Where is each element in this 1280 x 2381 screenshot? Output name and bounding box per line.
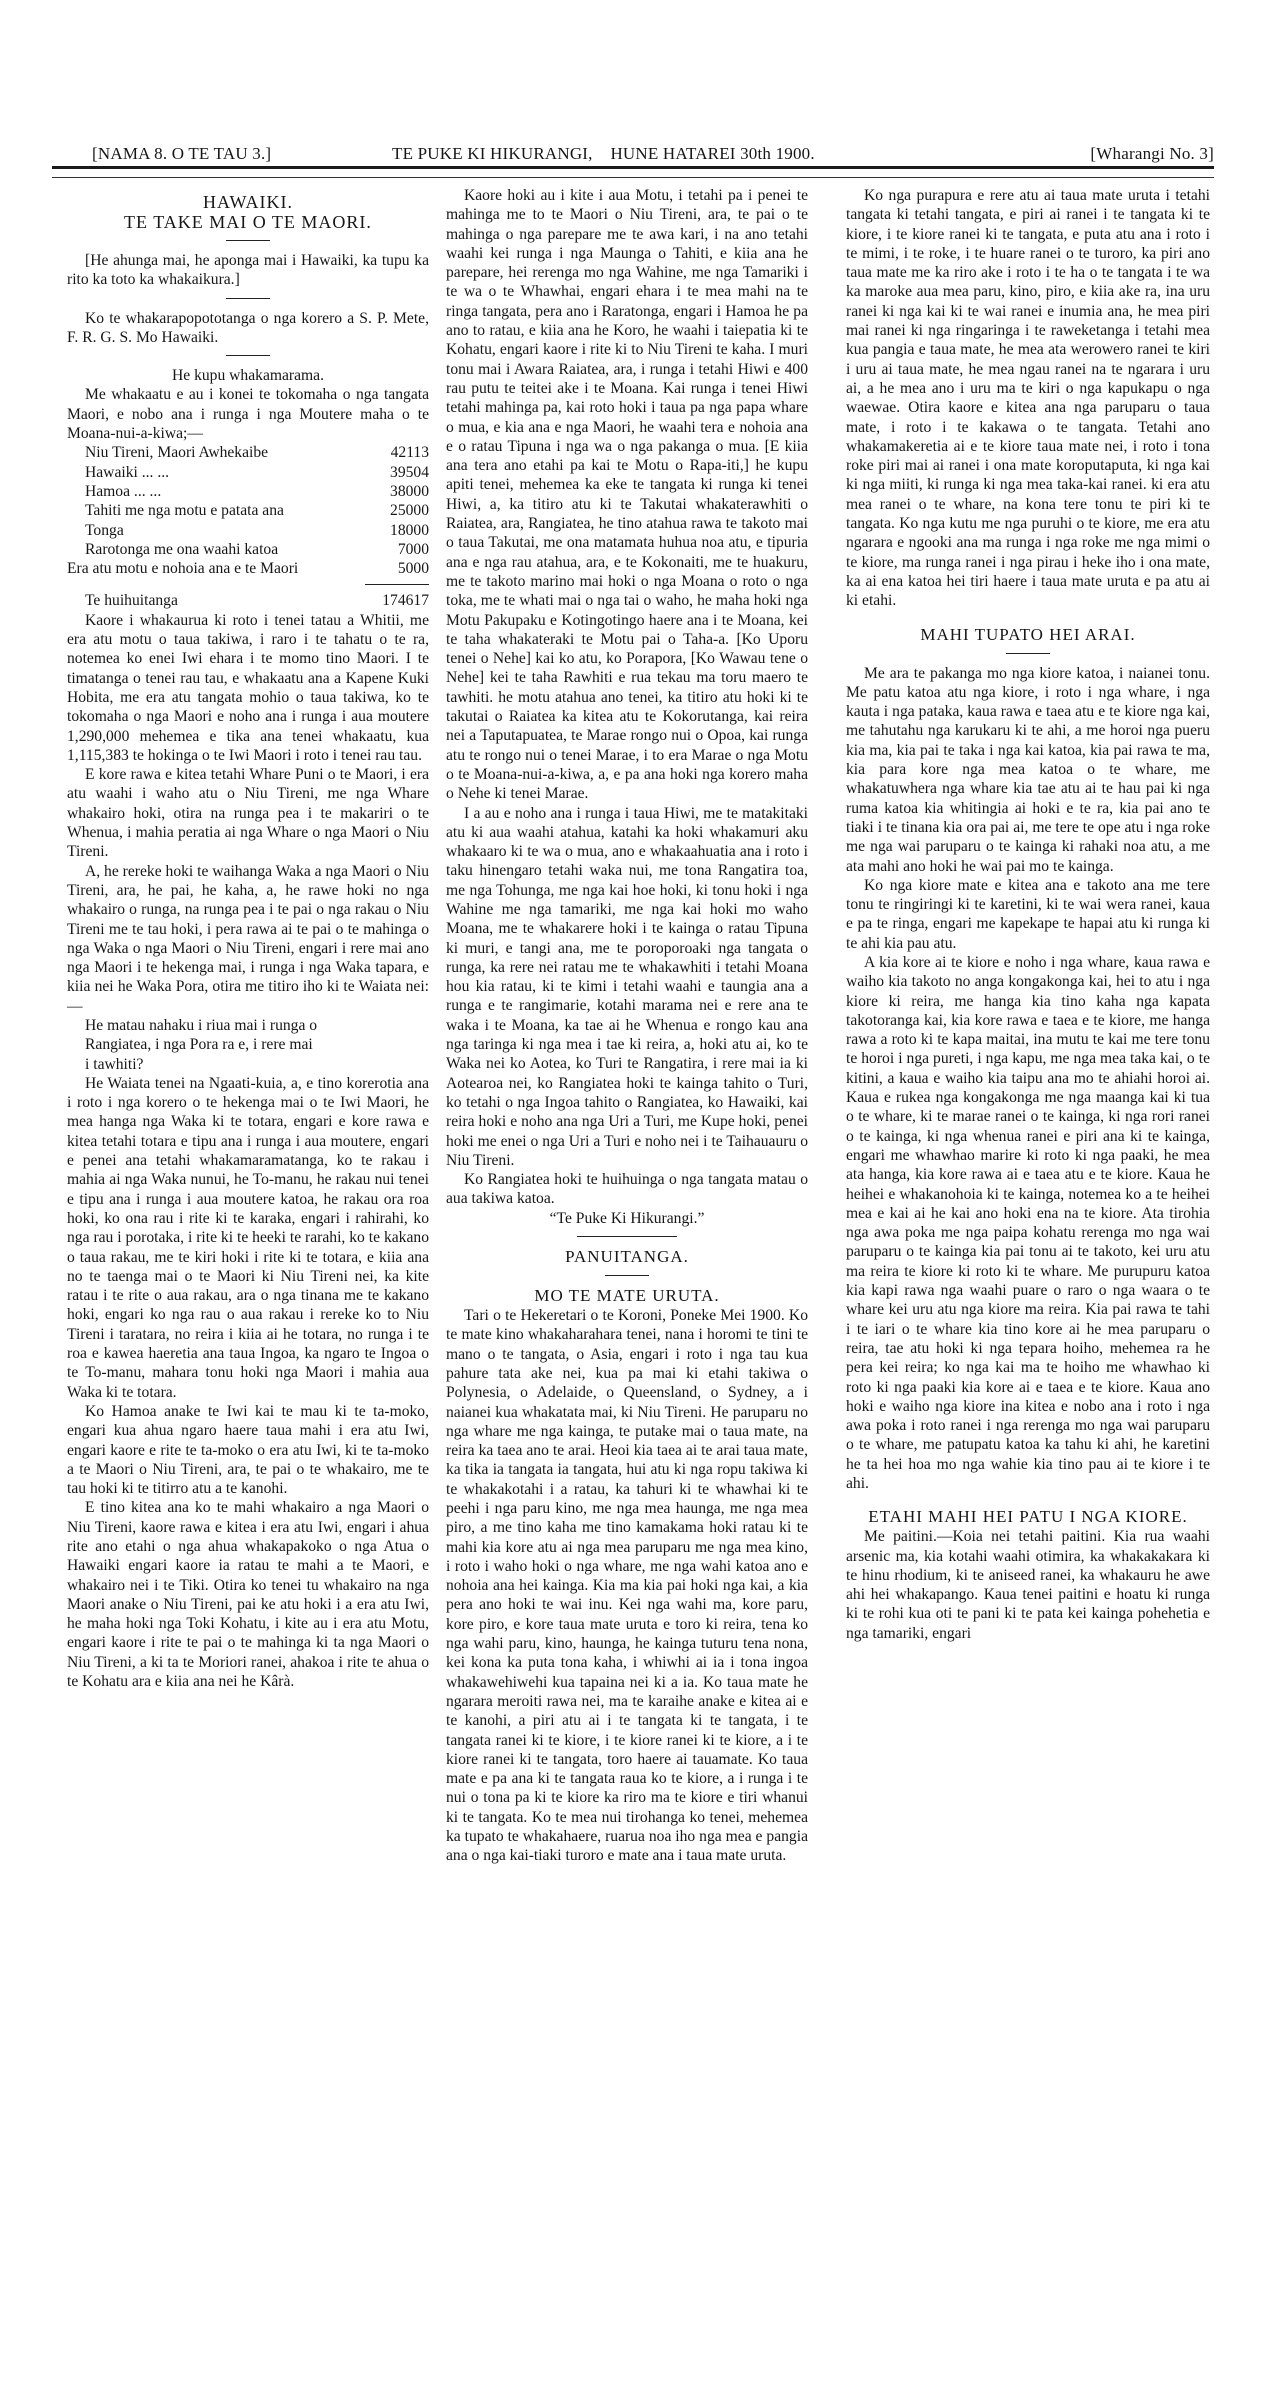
section-heading: PANUITANGA.: [446, 1247, 808, 1267]
issue-number: [NAMA 8. O TE TAU 3.]: [92, 144, 271, 164]
paragraph: Ko nga kiore mate e kitea ana e takoto a…: [846, 876, 1210, 953]
paragraph: Me ara te pakanga mo nga kiore katoa, i …: [846, 664, 1210, 876]
page-number: [Wharangi No. 3]: [1090, 144, 1214, 164]
article-subtitle: TE TAKE MAI O TE MAORI.: [67, 212, 429, 232]
table-row: Tahiti me nga motu e patata ana25000: [67, 501, 429, 520]
table-row: Rarotonga me ona waahi katoa7000: [67, 540, 429, 559]
article-title: HAWAIKI.: [67, 192, 429, 212]
table-row: Era atu motu e nohoia ana e te Maori5000: [67, 559, 429, 578]
intro-heading: He kupu whakamarama.: [67, 366, 429, 385]
masthead-rule-thin: [52, 177, 1214, 178]
population-total: Te huihuitanga174617: [67, 591, 429, 610]
paragraph: Kaore i whakaurua ki roto i tenei tatau …: [67, 611, 429, 765]
divider: [226, 240, 270, 241]
table-row: Niu Tireni, Maori Awhekaibe42113: [67, 443, 429, 462]
paragraph: A, he rereke hoki te waihanga Waka a nga…: [67, 862, 429, 1016]
song-verse: He matau nahaku i riua mai i runga o Ran…: [67, 1016, 429, 1074]
paragraph: A kia kore ai te kiore e noho i nga whar…: [846, 953, 1210, 1493]
sum-rule: [365, 584, 429, 585]
paragraph: He Waiata tenei na Ngaati-kuia, a, e tin…: [67, 1074, 429, 1402]
verse-line: i tawhiti?: [85, 1055, 429, 1074]
paragraph: Tari o te Hekeretari o te Koroni, Poneke…: [446, 1306, 808, 1866]
article-signature: “Te Puke Ki Hikurangi.”: [446, 1209, 808, 1228]
article-title: MAHI TUPATO HEI ARAI.: [846, 625, 1210, 645]
table-row-total: Te huihuitanga174617: [67, 591, 429, 610]
paragraph: I a au e noho ana i runga i taua Hiwi, m…: [446, 804, 808, 1171]
byline: Ko te whakarapopototanga o nga korero a …: [67, 309, 429, 348]
paragraph: E tino kitea ana ko te mahi whakairo a n…: [67, 1498, 429, 1691]
epigraph: [He ahunga mai, he aponga mai i Hawaiki,…: [67, 251, 429, 290]
verse-line: He matau nahaku i riua mai i runga o: [85, 1016, 429, 1035]
table-row: Hamoa ... ...38000: [67, 482, 429, 501]
masthead: [NAMA 8. O TE TAU 3.] TE PUKE KI HIKURAN…: [52, 144, 1214, 164]
divider: [1006, 653, 1050, 654]
paragraph: Ko Rangiatea hoki te huihuinga o nga tan…: [446, 1170, 808, 1209]
issue-date: HUNE HATAREI 30th 1900.: [610, 144, 814, 163]
divider: [577, 1236, 677, 1237]
article-title: MO TE MATE URUTA.: [446, 1286, 808, 1306]
intro-paragraph: Me whakaatu e au i konei te tokomaha o n…: [67, 385, 429, 443]
paragraph: Me paitini.—Koia nei tetahi paitini. Kia…: [846, 1527, 1210, 1643]
paragraph: E kore rawa e kitea tetahi Whare Puni o …: [67, 765, 429, 861]
article-title: ETAHI MAHI HEI PATU I NGA KIORE.: [846, 1507, 1210, 1527]
divider: [226, 355, 270, 356]
column-3: Ko nga purapura e rere atu ai taua mate …: [846, 186, 1210, 1643]
newspaper-title-date: TE PUKE KI HIKURANGI, HUNE HATAREI 30th …: [392, 144, 815, 164]
column-2: Kaore hoki au i kite i aua Motu, i tetah…: [446, 186, 808, 1866]
verse-line: Rangiatea, i nga Pora ra e, i rere mai: [85, 1035, 429, 1054]
paragraph: Ko Hamoa anake te Iwi kai te mau ki te t…: [67, 1402, 429, 1498]
table-row: Tonga18000: [67, 521, 429, 540]
population-table: Niu Tireni, Maori Awhekaibe42113 Hawaiki…: [67, 443, 429, 578]
table-row: Hawaiki ... ...39504: [67, 463, 429, 482]
column-1: HAWAIKI. TE TAKE MAI O TE MAORI. [He ahu…: [67, 186, 429, 1691]
paragraph: Ko nga purapura e rere atu ai taua mate …: [846, 186, 1210, 611]
masthead-rule-thick: [52, 166, 1214, 169]
divider: [226, 298, 270, 299]
paragraph: Kaore hoki au i kite i aua Motu, i tetah…: [446, 186, 808, 804]
divider: [605, 1275, 649, 1276]
newspaper-title: TE PUKE KI HIKURANGI,: [392, 144, 593, 163]
